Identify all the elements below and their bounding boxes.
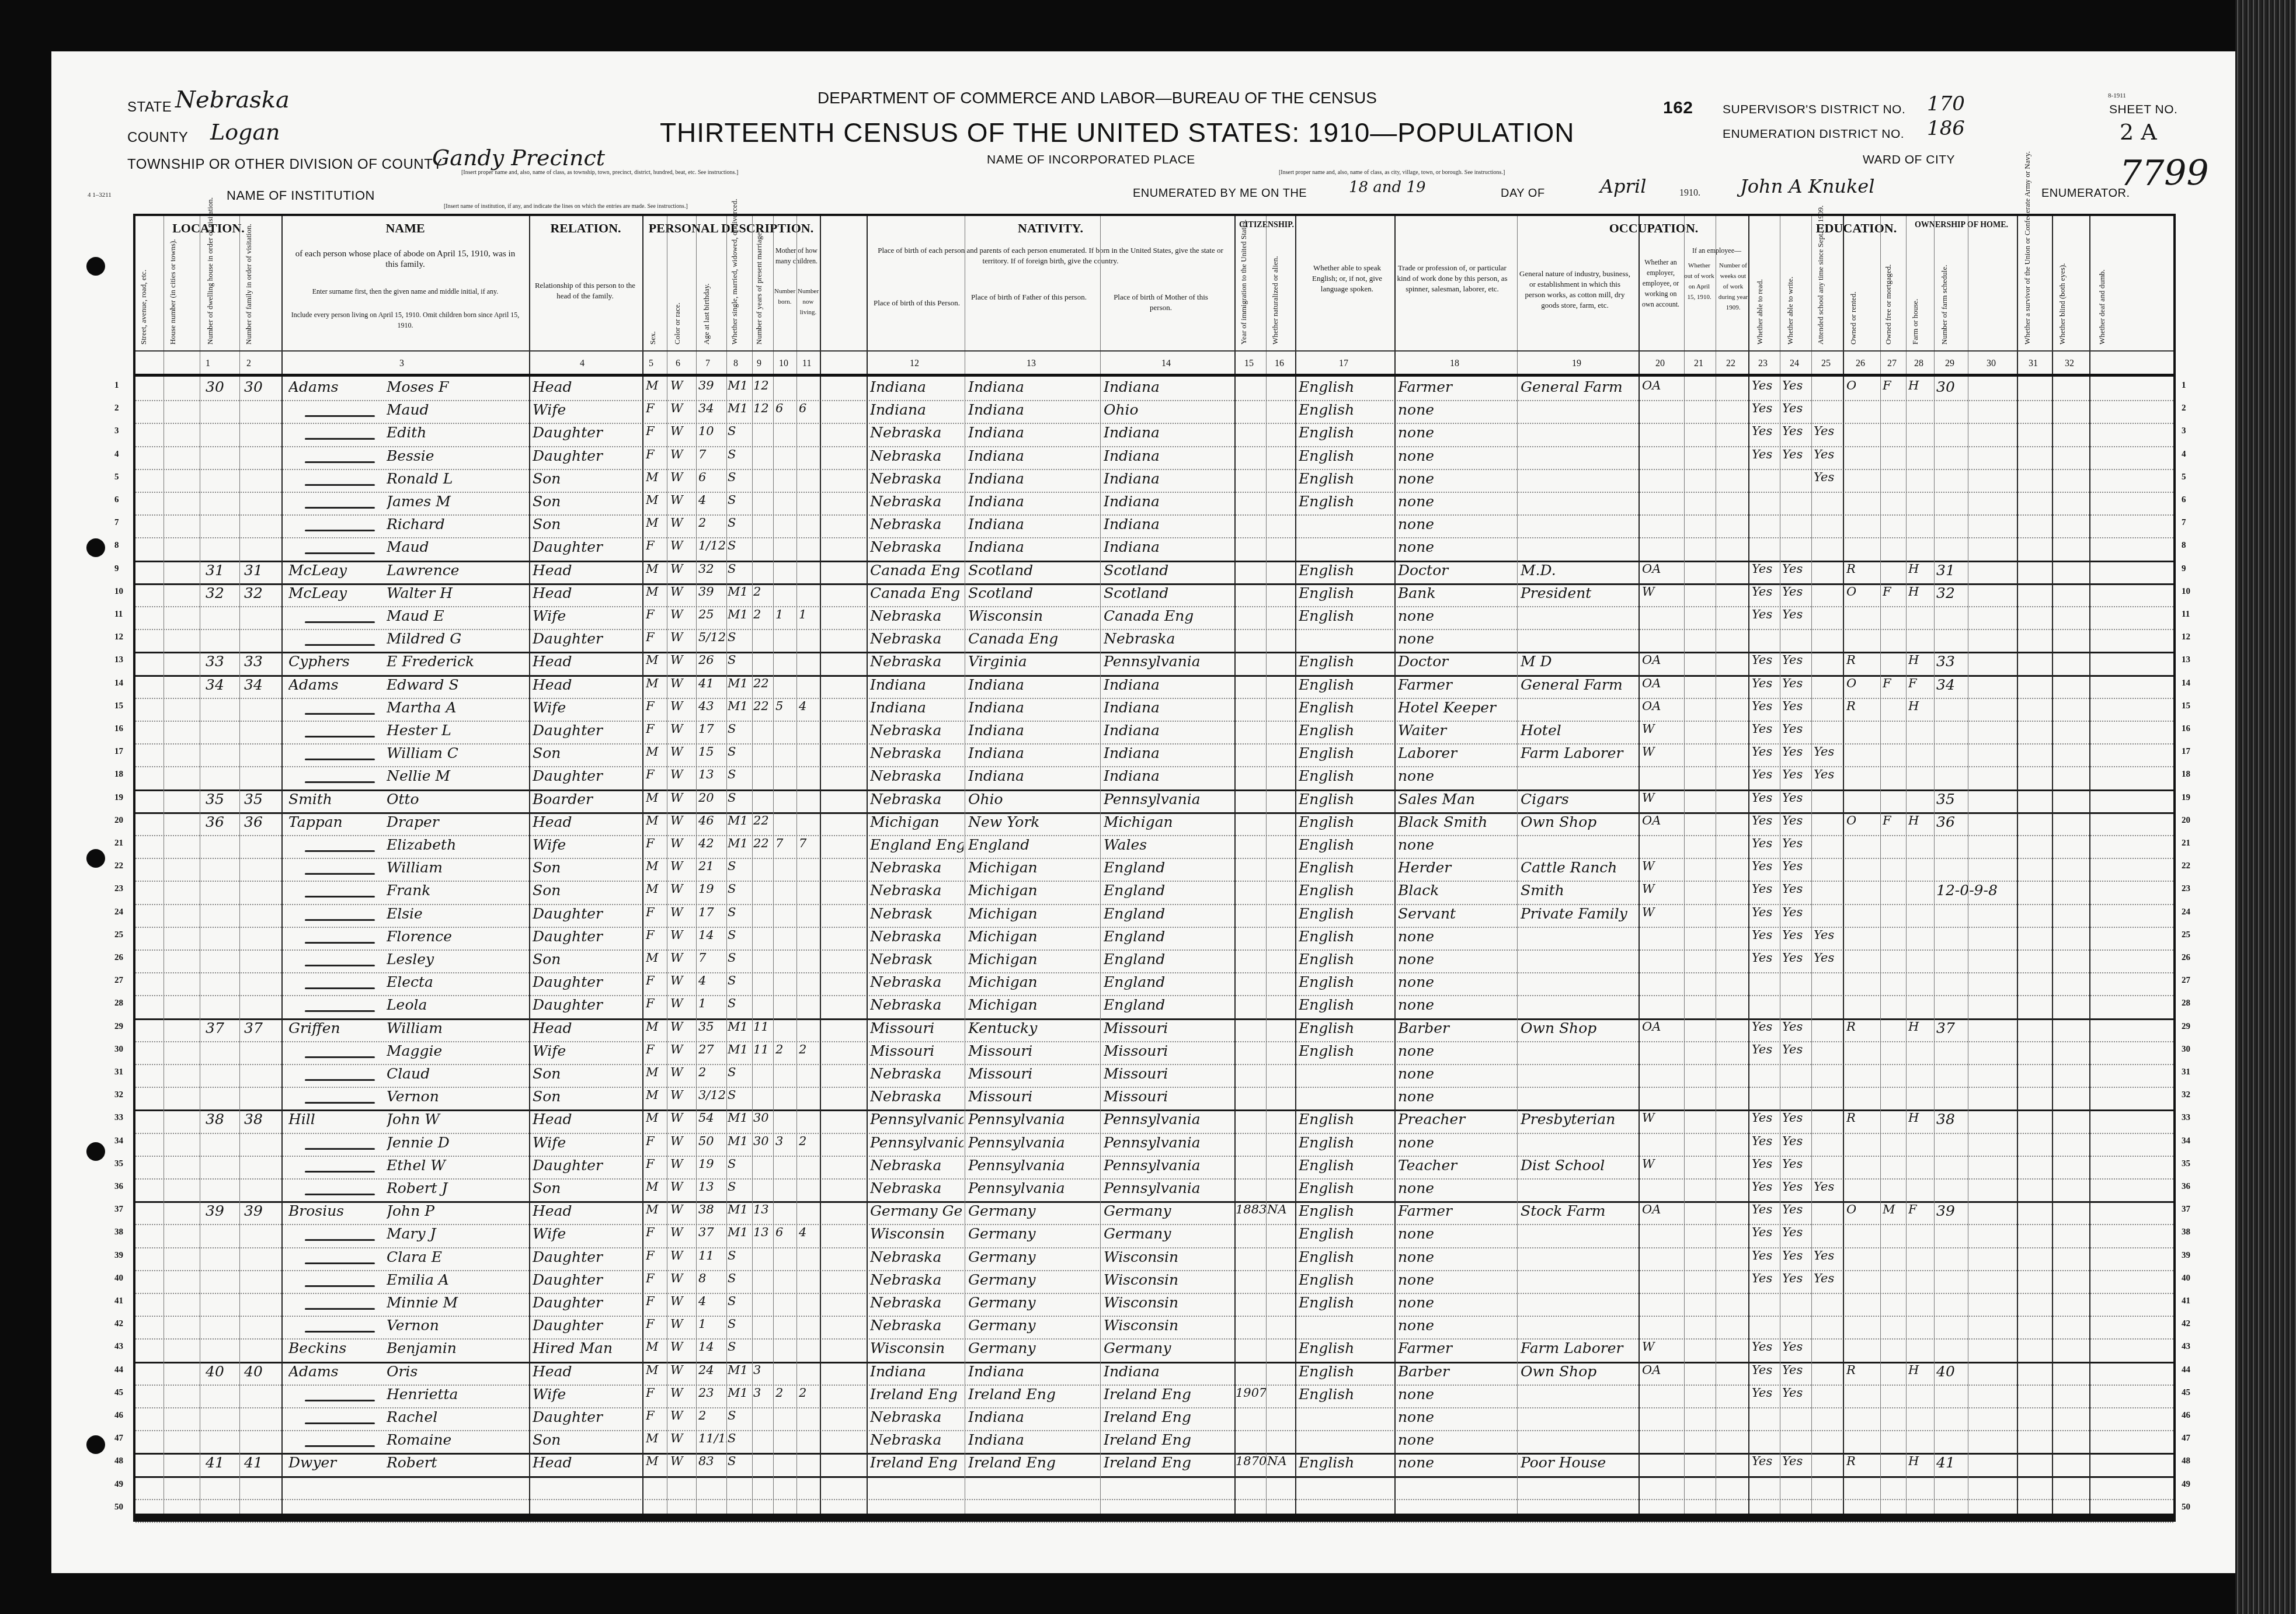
- cell-born[interactable]: 3: [775, 1134, 795, 1148]
- cell-bpf[interactable]: Scotland: [968, 562, 1098, 579]
- cell-race[interactable]: W: [670, 745, 695, 759]
- cell-fh[interactable]: H: [1908, 1020, 1932, 1034]
- cell-relation[interactable]: Daughter: [533, 1317, 641, 1334]
- cell-bpm[interactable]: England: [1104, 951, 1233, 968]
- cell-write[interactable]: Yes: [1782, 378, 1810, 392]
- cell-fh[interactable]: H: [1908, 562, 1932, 576]
- cell-write[interactable]: Yes: [1782, 882, 1810, 896]
- cell-bpm[interactable]: England: [1104, 882, 1233, 899]
- cell-eng[interactable]: English: [1299, 928, 1393, 945]
- cell-relation[interactable]: Head: [533, 1202, 641, 1219]
- cell-emp[interactable]: OA: [1642, 653, 1683, 667]
- cell-given[interactable]: William: [387, 1020, 527, 1036]
- cell-sex[interactable]: F: [646, 767, 667, 781]
- cell-bp[interactable]: Indiana: [870, 378, 963, 395]
- cell-bpm[interactable]: Scotland: [1104, 585, 1233, 601]
- cell-emp[interactable]: OA: [1642, 699, 1683, 713]
- cell-read[interactable]: Yes: [1752, 447, 1780, 461]
- cell-bpf[interactable]: Michigan: [968, 928, 1098, 945]
- cell-write[interactable]: Yes: [1782, 1248, 1810, 1262]
- cell-relation[interactable]: Son: [533, 882, 641, 899]
- cell-bpf[interactable]: Pennsylvania: [968, 1157, 1098, 1174]
- cell-write[interactable]: Yes: [1782, 1340, 1810, 1354]
- cell-bp[interactable]: Indiana: [870, 676, 963, 693]
- cell-eng[interactable]: English: [1299, 424, 1393, 441]
- cell-read[interactable]: Yes: [1752, 607, 1780, 621]
- cell-bpf[interactable]: Indiana: [968, 1431, 1098, 1448]
- cell-given[interactable]: Richard: [387, 516, 527, 533]
- cell-bp[interactable]: Canada Eng: [870, 562, 963, 579]
- cell-bp[interactable]: Wisconsin: [870, 1225, 963, 1242]
- cell-bpf[interactable]: Indiana: [968, 745, 1098, 761]
- cell-bp[interactable]: Nebraska: [870, 1294, 963, 1311]
- cell-living[interactable]: 6: [799, 401, 819, 415]
- cell-bpm[interactable]: England: [1104, 928, 1233, 945]
- cell-bpf[interactable]: Germany: [968, 1317, 1098, 1334]
- cell-dwelling[interactable]: 31: [206, 562, 241, 579]
- cell-years[interactable]: 22: [753, 699, 773, 713]
- cell-trade[interactable]: none: [1398, 1454, 1516, 1471]
- cell-write[interactable]: Yes: [1782, 1134, 1810, 1148]
- cell-marital[interactable]: S: [728, 1408, 752, 1422]
- cell-race[interactable]: W: [670, 630, 695, 644]
- cell-read[interactable]: Yes: [1752, 905, 1780, 919]
- cell-age[interactable]: 4: [698, 493, 726, 507]
- cell-sex[interactable]: F: [646, 722, 667, 736]
- cell-bpf[interactable]: Pennsylvania: [968, 1180, 1098, 1196]
- cell-bpm[interactable]: Ireland Eng: [1104, 1431, 1233, 1448]
- cell-sex[interactable]: F: [646, 1042, 667, 1056]
- cell-eng[interactable]: English: [1299, 1340, 1393, 1356]
- cell-bpm[interactable]: Pennsylvania: [1104, 791, 1233, 808]
- cell-bp[interactable]: Michigan: [870, 813, 963, 830]
- enumeration-value[interactable]: 186: [1927, 117, 1965, 140]
- cell-trade[interactable]: none: [1398, 516, 1516, 533]
- cell-relation[interactable]: Head: [533, 1454, 641, 1471]
- cell-relation[interactable]: Daughter: [533, 905, 641, 922]
- enumerator-name[interactable]: John A Knukel: [1740, 175, 1874, 197]
- enumerated-day[interactable]: 18 and 19: [1349, 179, 1426, 196]
- cell-dwelling[interactable]: 36: [206, 813, 241, 830]
- cell-bpf[interactable]: Virginia: [968, 653, 1098, 670]
- cell-age[interactable]: 38: [698, 1202, 726, 1216]
- cell-write[interactable]: Yes: [1782, 1020, 1810, 1034]
- cell-bp[interactable]: Nebraska: [870, 791, 963, 808]
- cell-living[interactable]: 4: [799, 699, 819, 713]
- cell-relation[interactable]: Daughter: [533, 1408, 641, 1425]
- cell-bp[interactable]: Ireland Eng: [870, 1454, 963, 1471]
- cell-own[interactable]: O: [1846, 585, 1878, 599]
- cell-relation[interactable]: Wife: [533, 1134, 641, 1151]
- cell-age[interactable]: 11: [698, 1248, 726, 1262]
- cell-bp[interactable]: Nebrask: [870, 905, 963, 922]
- cell-family[interactable]: 34: [244, 676, 279, 693]
- cell-own[interactable]: R: [1846, 1111, 1878, 1125]
- cell-sched[interactable]: 33: [1936, 653, 2012, 670]
- cell-read[interactable]: Yes: [1752, 1157, 1780, 1171]
- cell-years[interactable]: 3: [753, 1386, 773, 1400]
- cell-bp[interactable]: Nebraska: [870, 516, 963, 533]
- cell-marital[interactable]: M1: [728, 699, 752, 713]
- cell-trade[interactable]: Herder: [1398, 859, 1516, 876]
- cell-emp[interactable]: OA: [1642, 1020, 1683, 1034]
- cell-marital[interactable]: M1: [728, 676, 752, 690]
- cell-relation[interactable]: Daughter: [533, 973, 641, 990]
- cell-race[interactable]: W: [670, 1317, 695, 1331]
- cell-relation[interactable]: Daughter: [533, 538, 641, 555]
- cell-bpm[interactable]: Wisconsin: [1104, 1271, 1233, 1288]
- cell-eng[interactable]: English: [1299, 722, 1393, 739]
- cell-bp[interactable]: Pennsylvania: [870, 1111, 963, 1128]
- cell-eng[interactable]: English: [1299, 905, 1393, 922]
- cell-write[interactable]: Yes: [1782, 699, 1810, 713]
- cell-trade[interactable]: none: [1398, 493, 1516, 510]
- cell-bpm[interactable]: Germany: [1104, 1225, 1233, 1242]
- cell-marital[interactable]: S: [728, 1317, 752, 1331]
- cell-race[interactable]: W: [670, 676, 695, 690]
- cell-industry[interactable]: General Farm: [1521, 378, 1637, 395]
- cell-sex[interactable]: M: [646, 1202, 667, 1216]
- cell-bp[interactable]: Nebraska: [870, 1180, 963, 1196]
- cell-sex[interactable]: F: [646, 928, 667, 942]
- cell-read[interactable]: Yes: [1752, 585, 1780, 599]
- cell-bp[interactable]: Nebraska: [870, 1271, 963, 1288]
- cell-marital[interactable]: M1: [728, 1042, 752, 1056]
- cell-eng[interactable]: English: [1299, 859, 1393, 876]
- cell-race[interactable]: W: [670, 1408, 695, 1422]
- cell-bpm[interactable]: Indiana: [1104, 745, 1233, 761]
- cell-relation[interactable]: Daughter: [533, 1271, 641, 1288]
- cell-eng[interactable]: English: [1299, 996, 1393, 1013]
- cell-race[interactable]: W: [670, 1363, 695, 1377]
- cell-write[interactable]: Yes: [1782, 928, 1810, 942]
- cell-eng[interactable]: English: [1299, 1202, 1393, 1219]
- cell-bp[interactable]: Missouri: [870, 1020, 963, 1036]
- cell-free[interactable]: M: [1883, 1202, 1906, 1216]
- cell-bp[interactable]: Nebraska: [870, 973, 963, 990]
- cell-trade[interactable]: Farmer: [1398, 378, 1516, 395]
- cell-given[interactable]: Maud: [387, 401, 527, 418]
- cell-age[interactable]: 1/12: [698, 538, 726, 552]
- cell-bpf[interactable]: Germany: [968, 1248, 1098, 1265]
- cell-trade[interactable]: Teacher: [1398, 1157, 1516, 1174]
- cell-sex[interactable]: F: [646, 1248, 667, 1262]
- cell-read[interactable]: Yes: [1752, 676, 1780, 690]
- cell-write[interactable]: Yes: [1782, 1042, 1810, 1056]
- cell-bpm[interactable]: Indiana: [1104, 767, 1233, 784]
- cell-marital[interactable]: S: [728, 745, 752, 759]
- cell-emp[interactable]: W: [1642, 791, 1683, 805]
- cell-age[interactable]: 20: [698, 791, 726, 805]
- cell-bp[interactable]: Nebraska: [870, 1408, 963, 1425]
- cell-bp[interactable]: Nebraska: [870, 538, 963, 555]
- cell-eng[interactable]: English: [1299, 378, 1393, 395]
- cell-age[interactable]: 39: [698, 585, 726, 599]
- cell-given[interactable]: Edith: [387, 424, 527, 441]
- cell-bp[interactable]: Indiana: [870, 1363, 963, 1380]
- cell-bpf[interactable]: Michigan: [968, 996, 1098, 1013]
- cell-relation[interactable]: Head: [533, 1111, 641, 1128]
- cell-given[interactable]: Hester L: [387, 722, 527, 739]
- cell-race[interactable]: W: [670, 1180, 695, 1194]
- cell-given[interactable]: Emilia A: [387, 1271, 527, 1288]
- cell-relation[interactable]: Son: [533, 493, 641, 510]
- cell-bpf[interactable]: Indiana: [968, 1408, 1098, 1425]
- cell-relation[interactable]: Wife: [533, 401, 641, 418]
- cell-age[interactable]: 14: [698, 928, 726, 942]
- cell-marital[interactable]: M1: [728, 1225, 752, 1239]
- cell-age[interactable]: 1: [698, 996, 726, 1010]
- cell-sched[interactable]: 39: [1936, 1202, 2012, 1219]
- cell-write[interactable]: Yes: [1782, 676, 1810, 690]
- cell-bpf[interactable]: Indiana: [968, 676, 1098, 693]
- cell-age[interactable]: 19: [698, 882, 726, 896]
- cell-emp[interactable]: W: [1642, 1111, 1683, 1125]
- cell-emp[interactable]: OA: [1642, 813, 1683, 827]
- cell-marital[interactable]: S: [728, 447, 752, 461]
- cell-dwelling[interactable]: 33: [206, 653, 241, 670]
- cell-sex[interactable]: M: [646, 951, 667, 965]
- cell-age[interactable]: 23: [698, 1386, 726, 1400]
- cell-race[interactable]: W: [670, 1202, 695, 1216]
- cell-read[interactable]: Yes: [1752, 813, 1780, 827]
- cell-read[interactable]: Yes: [1752, 1248, 1780, 1262]
- cell-trade[interactable]: none: [1398, 951, 1516, 968]
- cell-family[interactable]: 39: [244, 1202, 279, 1219]
- cell-marital[interactable]: S: [728, 516, 752, 530]
- cell-race[interactable]: W: [670, 607, 695, 621]
- cell-given[interactable]: Martha A: [387, 699, 527, 716]
- cell-eng[interactable]: English: [1299, 562, 1393, 579]
- cell-bpm[interactable]: England: [1104, 973, 1233, 990]
- cell-bpf[interactable]: England: [968, 836, 1098, 853]
- cell-trade[interactable]: none: [1398, 996, 1516, 1013]
- cell-living[interactable]: 2: [799, 1134, 819, 1148]
- cell-age[interactable]: 7: [698, 447, 726, 461]
- cell-race[interactable]: W: [670, 1248, 695, 1262]
- cell-write[interactable]: Yes: [1782, 607, 1810, 621]
- cell-read[interactable]: Yes: [1752, 1180, 1780, 1194]
- cell-fh[interactable]: H: [1908, 378, 1932, 392]
- cell-trade[interactable]: none: [1398, 767, 1516, 784]
- cell-emp[interactable]: W: [1642, 859, 1683, 873]
- cell-marital[interactable]: S: [728, 1157, 752, 1171]
- cell-marital[interactable]: M1: [728, 1020, 752, 1034]
- cell-write[interactable]: Yes: [1782, 1157, 1810, 1171]
- cell-age[interactable]: 19: [698, 1157, 726, 1171]
- cell-eng[interactable]: English: [1299, 951, 1393, 968]
- cell-school[interactable]: Yes: [1814, 447, 1842, 461]
- cell-bpm[interactable]: Missouri: [1104, 1088, 1233, 1105]
- cell-free[interactable]: F: [1883, 378, 1906, 392]
- cell-trade[interactable]: none: [1398, 1088, 1516, 1105]
- cell-bp[interactable]: Nebraska: [870, 767, 963, 784]
- cell-relation[interactable]: Head: [533, 585, 641, 601]
- cell-read[interactable]: Yes: [1752, 745, 1780, 759]
- cell-sex[interactable]: M: [646, 813, 667, 827]
- cell-race[interactable]: W: [670, 928, 695, 942]
- cell-age[interactable]: 1: [698, 1317, 726, 1331]
- cell-race[interactable]: W: [670, 447, 695, 461]
- cell-sex[interactable]: F: [646, 905, 667, 919]
- cell-sex[interactable]: F: [646, 1386, 667, 1400]
- cell-read[interactable]: Yes: [1752, 1020, 1780, 1034]
- cell-relation[interactable]: Daughter: [533, 1248, 641, 1265]
- cell-sex[interactable]: M: [646, 882, 667, 896]
- cell-bpm[interactable]: Wisconsin: [1104, 1248, 1233, 1265]
- cell-industry[interactable]: M D: [1521, 653, 1637, 670]
- cell-write[interactable]: Yes: [1782, 1111, 1810, 1125]
- cell-bp[interactable]: Indiana: [870, 401, 963, 418]
- cell-bpf[interactable]: Ireland Eng: [968, 1454, 1098, 1471]
- cell-sched[interactable]: 37: [1936, 1020, 2012, 1036]
- cell-relation[interactable]: Wife: [533, 836, 641, 853]
- cell-relation[interactable]: Daughter: [533, 996, 641, 1013]
- cell-relation[interactable]: Head: [533, 653, 641, 670]
- cell-sched[interactable]: 36: [1936, 813, 2012, 830]
- cell-bpm[interactable]: Indiana: [1104, 699, 1233, 716]
- cell-bp[interactable]: Germany Ger: [870, 1202, 963, 1219]
- cell-sched[interactable]: 32: [1936, 585, 2012, 601]
- cell-free[interactable]: F: [1883, 676, 1906, 690]
- cell-marital[interactable]: S: [728, 1431, 752, 1445]
- cell-bpm[interactable]: England: [1104, 996, 1233, 1013]
- cell-marital[interactable]: S: [728, 493, 752, 507]
- cell-family[interactable]: 37: [244, 1020, 279, 1036]
- cell-years[interactable]: 13: [753, 1202, 773, 1216]
- cell-marital[interactable]: S: [728, 1271, 752, 1285]
- cell-living[interactable]: 2: [799, 1386, 819, 1400]
- cell-read[interactable]: Yes: [1752, 1340, 1780, 1354]
- cell-sched[interactable]: 30: [1936, 378, 2012, 395]
- enumerated-month[interactable]: April: [1600, 175, 1646, 197]
- cell-own[interactable]: O: [1846, 1202, 1878, 1216]
- cell-trade[interactable]: none: [1398, 928, 1516, 945]
- cell-bpm[interactable]: Indiana: [1104, 447, 1233, 464]
- cell-own[interactable]: O: [1846, 813, 1878, 827]
- cell-age[interactable]: 25: [698, 607, 726, 621]
- cell-given[interactable]: Rachel: [387, 1408, 527, 1425]
- cell-write[interactable]: Yes: [1782, 951, 1810, 965]
- cell-sex[interactable]: F: [646, 973, 667, 987]
- cell-write[interactable]: Yes: [1782, 653, 1810, 667]
- cell-bpm[interactable]: England: [1104, 905, 1233, 922]
- cell-dwelling[interactable]: 32: [206, 585, 241, 601]
- cell-fh[interactable]: H: [1908, 653, 1932, 667]
- cell-marital[interactable]: S: [728, 951, 752, 965]
- cell-sex[interactable]: M: [646, 585, 667, 599]
- cell-given[interactable]: Elsie: [387, 905, 527, 922]
- cell-marital[interactable]: M1: [728, 1111, 752, 1125]
- cell-trade[interactable]: none: [1398, 1294, 1516, 1311]
- cell-relation[interactable]: Son: [533, 1065, 641, 1082]
- cell-read[interactable]: Yes: [1752, 1134, 1780, 1148]
- cell-industry[interactable]: Own Shop: [1521, 1020, 1637, 1036]
- cell-sex[interactable]: M: [646, 653, 667, 667]
- cell-years[interactable]: 3: [753, 1363, 773, 1377]
- cell-given[interactable]: Otto: [387, 791, 527, 808]
- cell-trade[interactable]: none: [1398, 1271, 1516, 1288]
- cell-bp[interactable]: Missouri: [870, 1042, 963, 1059]
- cell-own[interactable]: R: [1846, 562, 1878, 576]
- cell-school[interactable]: Yes: [1814, 928, 1842, 942]
- cell-industry[interactable]: Own Shop: [1521, 1363, 1637, 1380]
- cell-eng[interactable]: English: [1299, 1386, 1393, 1403]
- cell-relation[interactable]: Daughter: [533, 630, 641, 647]
- cell-given[interactable]: Minnie M: [387, 1294, 527, 1311]
- cell-trade[interactable]: none: [1398, 1408, 1516, 1425]
- cell-relation[interactable]: Wife: [533, 699, 641, 716]
- cell-bpf[interactable]: Missouri: [968, 1042, 1098, 1059]
- cell-race[interactable]: W: [670, 516, 695, 530]
- cell-bp[interactable]: Nebraska: [870, 424, 963, 441]
- cell-trade[interactable]: Farmer: [1398, 676, 1516, 693]
- cell-relation[interactable]: Son: [533, 745, 641, 761]
- cell-race[interactable]: W: [670, 1454, 695, 1468]
- cell-race[interactable]: W: [670, 1386, 695, 1400]
- cell-sex[interactable]: F: [646, 1294, 667, 1308]
- cell-bp[interactable]: Wisconsin: [870, 1340, 963, 1356]
- cell-write[interactable]: Yes: [1782, 767, 1810, 781]
- cell-bp[interactable]: Nebraska: [870, 470, 963, 487]
- cell-given[interactable]: Ronald L: [387, 470, 527, 487]
- cell-marital[interactable]: S: [728, 562, 752, 576]
- cell-dwelling[interactable]: 34: [206, 676, 241, 693]
- cell-trade[interactable]: none: [1398, 1065, 1516, 1082]
- cell-sex[interactable]: F: [646, 1408, 667, 1422]
- cell-sched[interactable]: 40: [1936, 1363, 2012, 1380]
- cell-born[interactable]: 7: [775, 836, 795, 850]
- cell-emp[interactable]: W: [1642, 745, 1683, 759]
- cell-industry[interactable]: Own Shop: [1521, 813, 1637, 830]
- cell-age[interactable]: 4: [698, 973, 726, 987]
- cell-age[interactable]: 3/12: [698, 1088, 726, 1102]
- cell-family[interactable]: 31: [244, 562, 279, 579]
- cell-trade[interactable]: Hotel Keeper: [1398, 699, 1516, 716]
- cell-given[interactable]: Lesley: [387, 951, 527, 968]
- cell-read[interactable]: Yes: [1752, 1042, 1780, 1056]
- cell-imm[interactable]: 1870: [1236, 1454, 1266, 1468]
- cell-read[interactable]: Yes: [1752, 1225, 1780, 1239]
- cell-write[interactable]: Yes: [1782, 905, 1810, 919]
- cell-sched[interactable]: 31: [1936, 562, 2012, 579]
- cell-free[interactable]: F: [1883, 585, 1906, 599]
- cell-marital[interactable]: S: [728, 1248, 752, 1262]
- cell-industry[interactable]: President: [1521, 585, 1637, 601]
- cell-school[interactable]: Yes: [1814, 1180, 1842, 1194]
- cell-read[interactable]: Yes: [1752, 378, 1780, 392]
- cell-age[interactable]: 5/12: [698, 630, 726, 644]
- cell-read[interactable]: Yes: [1752, 401, 1780, 415]
- cell-age[interactable]: 7: [698, 951, 726, 965]
- cell-bp[interactable]: Nebraska: [870, 1088, 963, 1105]
- cell-marital[interactable]: S: [728, 1454, 752, 1468]
- cell-age[interactable]: 35: [698, 1020, 726, 1034]
- cell-family[interactable]: 36: [244, 813, 279, 830]
- cell-family[interactable]: 30: [244, 378, 279, 395]
- cell-bp[interactable]: Nebraska: [870, 447, 963, 464]
- cell-relation[interactable]: Wife: [533, 1386, 641, 1403]
- cell-bpf[interactable]: Indiana: [968, 401, 1098, 418]
- cell-marital[interactable]: S: [728, 653, 752, 667]
- cell-age[interactable]: 6: [698, 470, 726, 484]
- cell-eng[interactable]: English: [1299, 1363, 1393, 1380]
- cell-emp[interactable]: W: [1642, 1340, 1683, 1354]
- cell-write[interactable]: Yes: [1782, 401, 1810, 415]
- cell-trade[interactable]: Farmer: [1398, 1202, 1516, 1219]
- cell-bpm[interactable]: Pennsylvania: [1104, 653, 1233, 670]
- cell-sched[interactable]: 35: [1936, 791, 2012, 808]
